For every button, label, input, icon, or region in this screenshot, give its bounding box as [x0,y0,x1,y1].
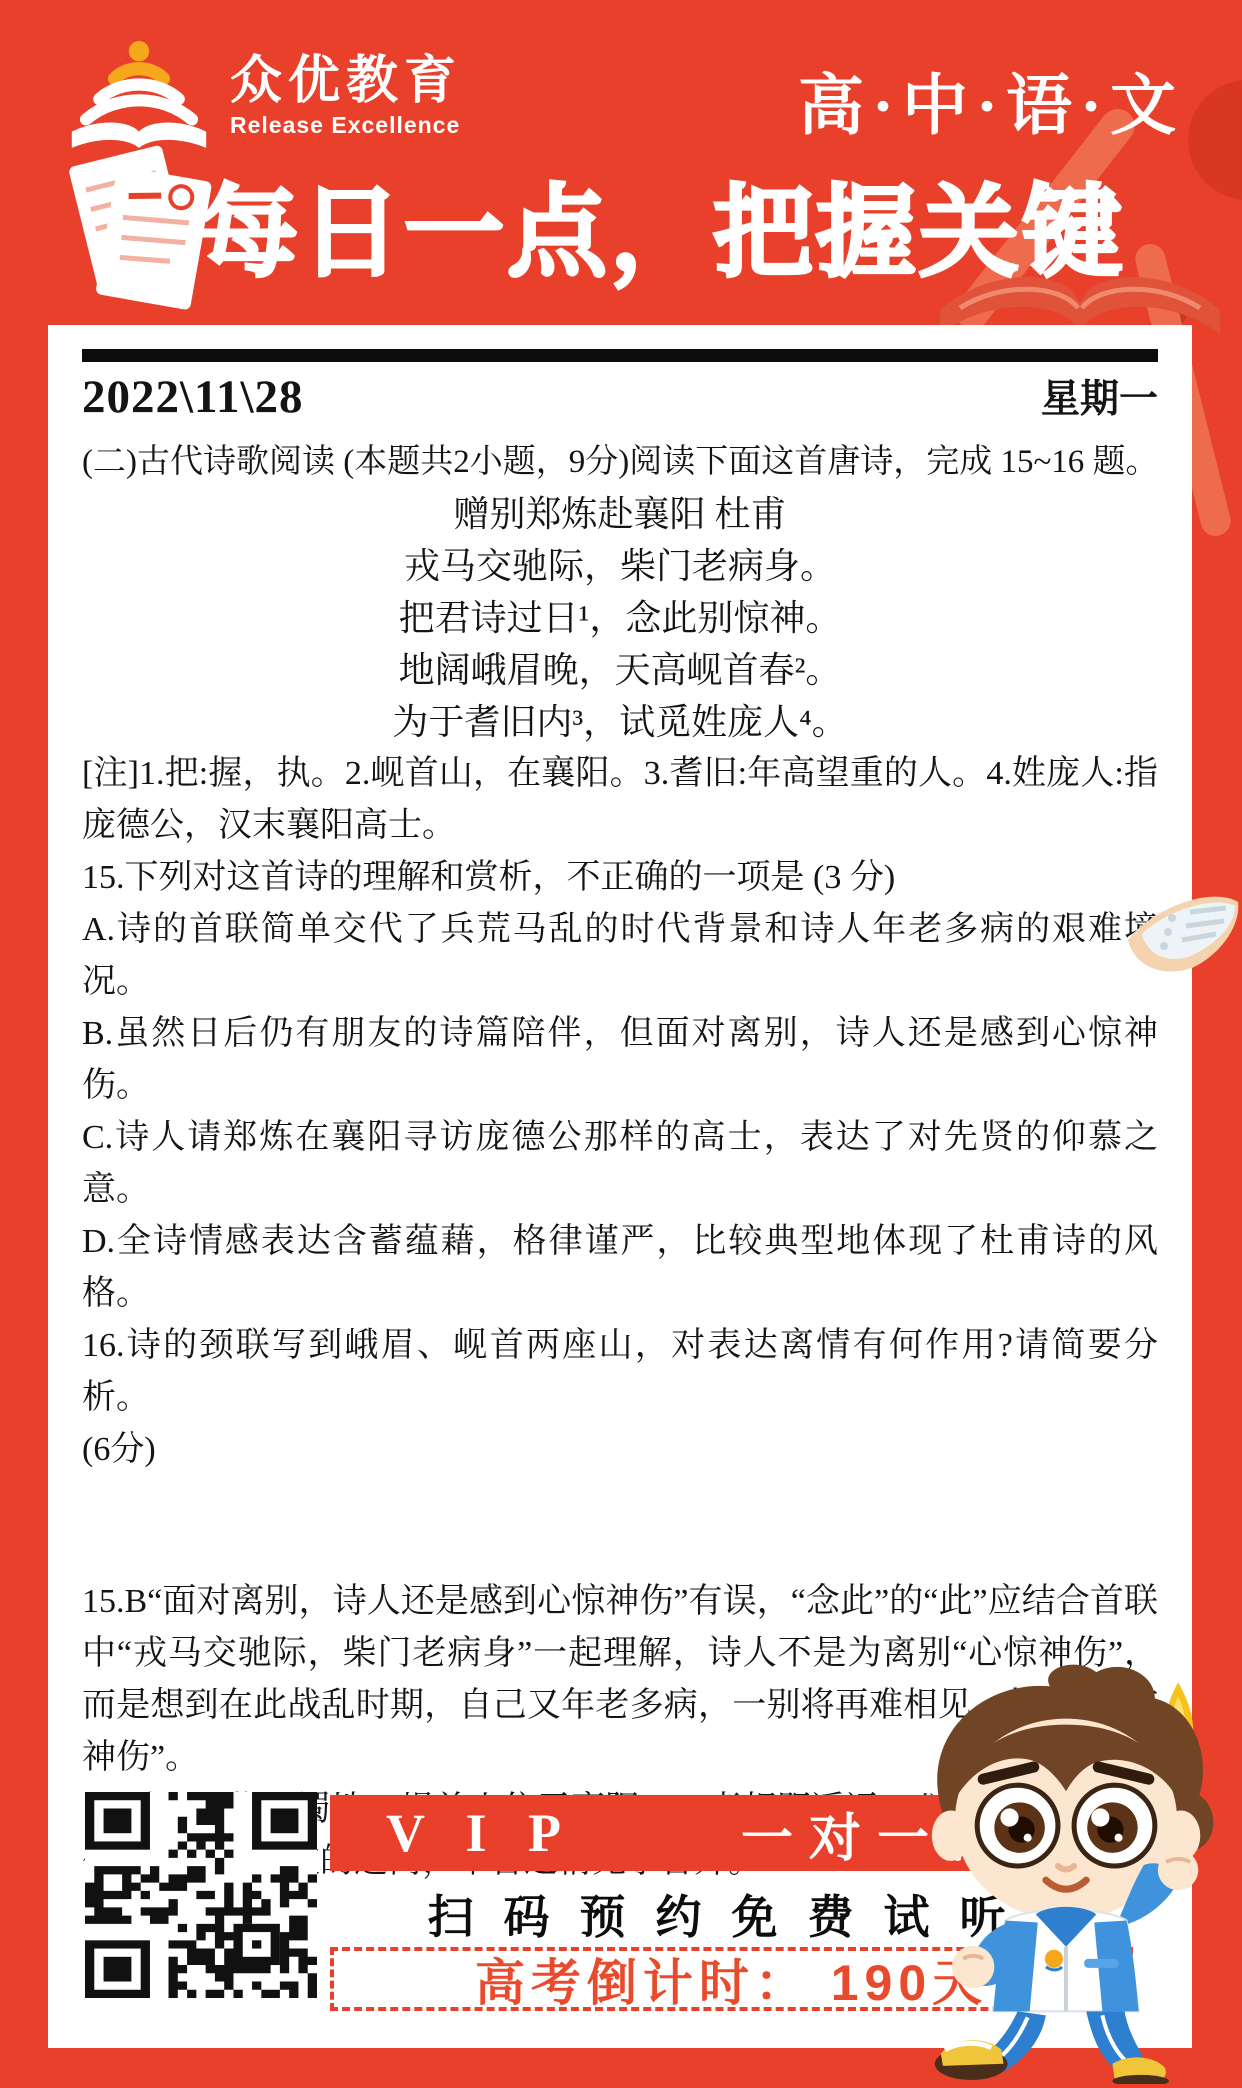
poster-page: 众优教育 Release Excellence 高·中·语·文 每日一点，把握关… [0,0,1242,2088]
card-top-rule [82,349,1158,362]
brand-slogan: Release Excellence [230,110,462,140]
qr-finder-bottom-left [85,1940,150,1998]
mascot-boy [886,1656,1240,2084]
poem-notes: [注]1.把:握，执。2.岘首山，在襄阳。3.耆旧:年高望重的人。4.姓庞人:指… [82,748,1158,852]
qr-alignment [233,1924,279,1965]
poem-line: 为于耆旧内³，试觅姓庞人⁴。 [48,696,1192,748]
papers-icon [62,136,214,318]
paper-curl-decoration [1124,878,1242,988]
brand-name: 众优教育 [230,52,462,110]
qr-finder-top-left [85,1792,150,1850]
lesson-date: 2022\11\28 [82,370,304,424]
lesson-weekday: 星期一 [1041,368,1158,424]
poem-line: 地阔峨眉晚，天高岘首春²。 [48,644,1192,696]
question-15-stem: 15.下列对这首诗的理解和赏析，不正确的一项是 (3 分) [82,852,1158,904]
question-16-stem: 16.诗的颈联写到峨眉、岘首两座山，对表达离情有何作用?请简要分析。 [82,1320,1158,1424]
poster-main-title: 每日一点，把握关键 [198,152,1178,296]
date-row: 2022\11\28 星期一 [82,368,1158,424]
qr-code [85,1792,317,1998]
poem-block: 赠别郑炼赴襄阳 杜甫 戎马交驰际，柴门老病身。 把君诗过日¹，念此别惊神。 地阔… [48,488,1192,748]
question-16-stem: D.全诗情感表达含蓄蕴藉，格律谨严，比较典型地体现了杜甫诗的风格。 [82,1216,1158,1320]
question-15-option-c: C.诗人请郑炼在襄阳寻访庞德公那样的高士，表达了对先贤的仰慕之意。 [82,1112,1158,1216]
qr-finder-top-right [252,1792,317,1850]
question-16-score: (6分) [82,1424,1158,1476]
question-15-option-b: B.虽然日后仍有朋友的诗篇陪伴，但面对离别，诗人还是感到心惊神伤。 [82,1008,1158,1112]
question-15-option-a: A.诗的首联简单交代了兵荒马乱的时代背景和诗人年老多病的艰难境况。 [82,904,1158,1008]
poem-line: 戎马交驰际，柴门老病身。 [48,540,1192,592]
poem-title: 赠别郑炼赴襄阳 杜甫 [48,488,1192,540]
subject-title: 高·中·语·文 [704,52,1184,147]
exercise-intro: (二)古代诗歌阅读 (本题共2小题，9分)阅读下面这首唐诗，完成 15~16 题… [82,436,1158,488]
poem-line: 把君诗过日¹，念此别惊神。 [48,592,1192,644]
corner-circle-decoration [1188,80,1242,200]
vip-label: V I P [386,1802,575,1864]
